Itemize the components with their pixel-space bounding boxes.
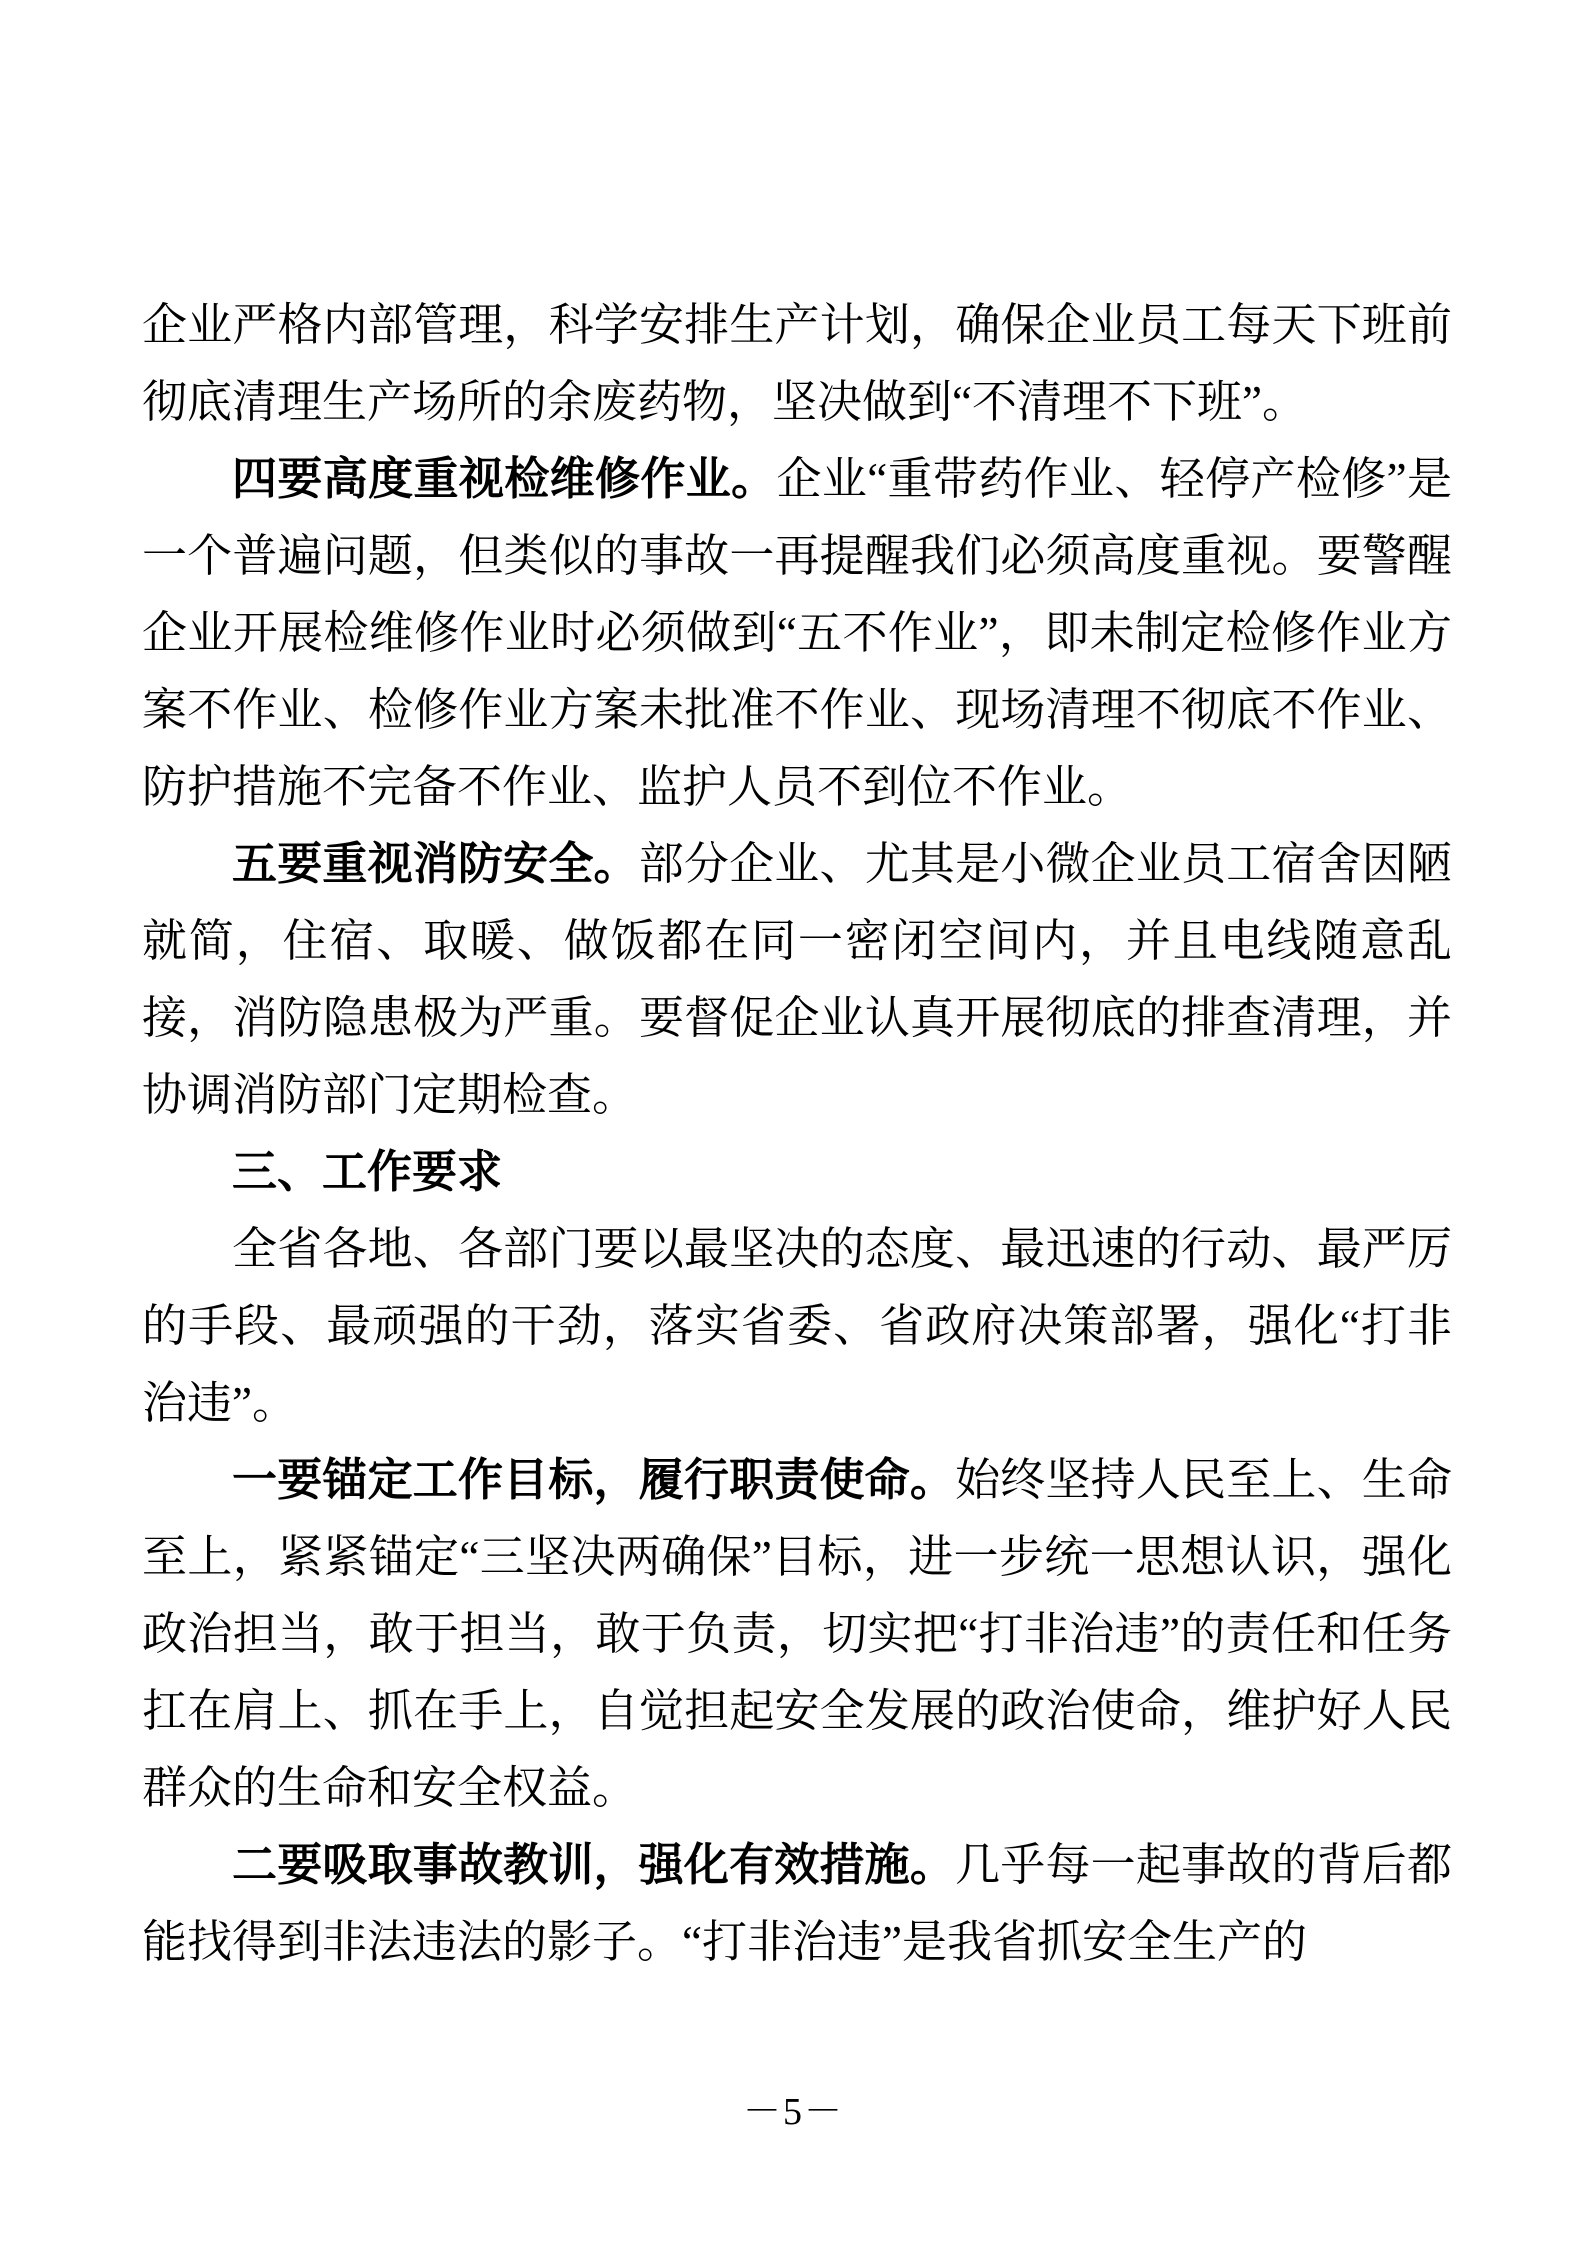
bold-lead-text: 四要高度重视检维修作业。	[232, 454, 776, 504]
bold-lead-text: 三、工作要求	[232, 1147, 502, 1197]
paragraph: 五要重视消防安全。部分企业、尤其是小微企业员工宿舍因陋就简，住宿、取暖、做饭都在…	[142, 826, 1452, 1134]
paragraph: 企业严格内部管理，科学安排生产计划，确保企业员工每天下班前彻底清理生产场所的余废…	[142, 287, 1452, 441]
bold-lead-text: 二要吸取事故教训，强化有效措施。	[232, 1840, 955, 1890]
body-text: 企业“重带药作业、轻停产检修”是一个普遍问题，但类似的事故一再提醒我们必须高度重…	[142, 454, 1452, 812]
document-body: 企业严格内部管理，科学安排生产计划，确保企业员工每天下班前彻底清理生产场所的余废…	[142, 287, 1452, 1981]
document-page: 企业严格内部管理，科学安排生产计划，确保企业员工每天下班前彻底清理生产场所的余废…	[0, 0, 1587, 2245]
body-text: 始终坚持人民至上、生命至上，紧紧锚定“三坚决两确保”目标，进一步统一思想认识，强…	[142, 1455, 1452, 1813]
paragraph: 一要锚定工作目标，履行职责使命。始终坚持人民至上、生命至上，紧紧锚定“三坚决两确…	[142, 1442, 1452, 1827]
paragraph: 四要高度重视检维修作业。企业“重带药作业、轻停产检修”是一个普遍问题，但类似的事…	[142, 441, 1452, 826]
paragraph: 二要吸取事故教训，强化有效措施。几乎每一起事故的背后都能找得到非法违法的影子。“…	[142, 1827, 1452, 1981]
page-number: －5－	[0, 2082, 1587, 2142]
paragraph: 全省各地、各部门要以最坚决的态度、最迅速的行动、最严厉的手段、最顽强的干劲，落实…	[142, 1211, 1452, 1442]
bold-lead-text: 五要重视消防安全。	[232, 839, 639, 889]
section-heading: 三、工作要求	[142, 1134, 1452, 1211]
body-text: 企业严格内部管理，科学安排生产计划，确保企业员工每天下班前彻底清理生产场所的余废…	[142, 300, 1452, 427]
bold-lead-text: 一要锚定工作目标，履行职责使命。	[232, 1455, 955, 1505]
body-text: 全省各地、各部门要以最坚决的态度、最迅速的行动、最严厉的手段、最顽强的干劲，落实…	[142, 1224, 1452, 1428]
